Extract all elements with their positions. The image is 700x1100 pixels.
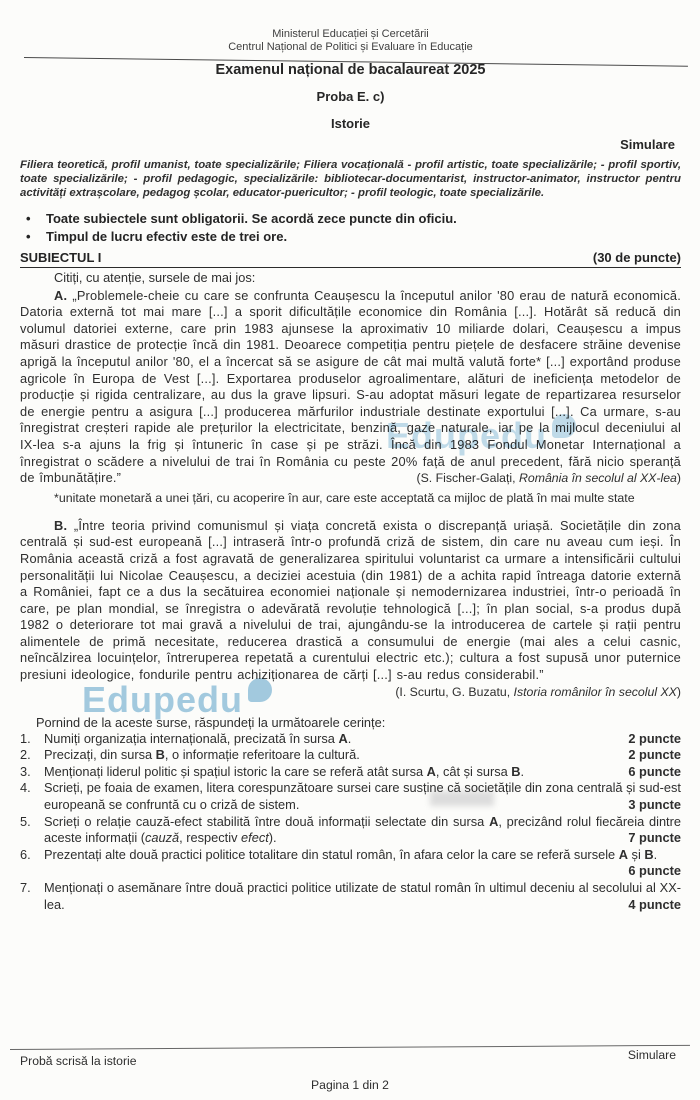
exam-proba: Proba E. c) <box>20 89 681 104</box>
question-points: 2 puncte <box>618 731 681 748</box>
question-row-7: 7. Menționați o asemănare între două pra… <box>20 880 681 913</box>
source-b-attribution: (I. Scurtu, G. Buzatu, Istoria românilor… <box>361 684 681 701</box>
question-text: Numiți organizația internațională, preci… <box>44 731 351 746</box>
subiect-1-points: (30 de puncte) <box>593 250 681 265</box>
question-body: Precizați, din sursa B, o informație ref… <box>44 747 681 764</box>
filiera-note: Filiera teoretică, profil umanist, toate… <box>20 158 681 200</box>
source-b-text: B. „Între teoria privind comunismul și v… <box>20 518 681 682</box>
question-row-2: 2. Precizați, din sursa B, o informație … <box>20 747 681 764</box>
question-row-6: 6. Prezentați alte două practici politic… <box>20 847 681 880</box>
question-text: Prezentați alte două practici politice t… <box>44 847 657 862</box>
instruction-text: Timpul de lucru efectiv este de trei ore… <box>46 228 287 246</box>
source-a-text: A. „Problemele-cheie cu care se confrunt… <box>20 288 681 486</box>
source-b-paragraph: B. „Între teoria privind comunismul și v… <box>20 518 681 684</box>
questions-list: 1. Numiți organizația internațională, pr… <box>20 731 681 914</box>
session-label: Simulare <box>20 137 681 152</box>
bullet-icon: • <box>20 228 46 246</box>
instructions-list: • Toate subiectele sunt obligatorii. Se … <box>20 210 681 245</box>
exam-title: Examenul național de bacalaureat 2025 <box>20 62 681 78</box>
instruction-item: • Toate subiectele sunt obligatorii. Se … <box>20 210 681 228</box>
question-row-5: 5. Scrieți o relație cauză-efect stabili… <box>20 814 681 847</box>
question-number: 3. <box>20 764 44 781</box>
question-points: 3 puncte <box>618 797 681 814</box>
question-row-4: 4. Scrieți, pe foaia de examen, litera c… <box>20 780 681 813</box>
instruction-item: • Timpul de lucru efectiv este de trei o… <box>20 228 681 246</box>
question-text: Scrieți o relație cauză-efect stabilită … <box>44 814 681 846</box>
scanned-exam-page: Edupedu Edupedu Ministerul Educației și … <box>0 0 700 1100</box>
sources-intro: Citiți, cu atenție, sursele de mai jos: <box>20 270 681 287</box>
subiect-1-heading: SUBIECTUL I (30 de puncte) <box>20 250 681 268</box>
ministry-line-2: Centrul Național de Politici și Evaluare… <box>20 41 681 54</box>
bullet-icon: • <box>20 210 46 228</box>
question-number: 6. <box>20 847 44 880</box>
question-points: 7 puncte <box>618 830 681 847</box>
source-a-paragraph: A. „Problemele-cheie cu care se confrunt… <box>20 288 681 487</box>
footer-divider <box>10 1045 690 1050</box>
question-text: Menționați liderul politic și spațiul is… <box>44 764 524 779</box>
footer-page-number: Pagina 1 din 2 <box>0 1078 700 1092</box>
question-body: Scrieți o relație cauză-efect stabilită … <box>44 814 681 847</box>
question-body: Scrieți, pe foaia de examen, litera core… <box>44 780 681 813</box>
question-body: Menționați liderul politic și spațiul is… <box>44 764 681 781</box>
exam-subject: Istorie <box>20 116 681 131</box>
question-row-1: 1. Numiți organizația internațională, pr… <box>20 731 681 748</box>
question-points: 4 puncte <box>618 897 681 914</box>
source-a-attribution: (S. Fischer-Galați, România în secolul a… <box>383 470 682 487</box>
page-content: Ministerul Educației și Cercetării Centr… <box>0 0 700 913</box>
question-text: Scrieți, pe foaia de examen, litera core… <box>44 780 681 812</box>
question-body: Menționați o asemănare între două practi… <box>44 880 681 913</box>
footer-exam-type: Probă scrisă la istorie <box>20 1054 137 1068</box>
question-number: 4. <box>20 780 44 813</box>
question-points: 2 puncte <box>618 747 681 764</box>
question-points: 6 puncte <box>618 764 681 781</box>
question-body: Prezentați alte două practici politice t… <box>44 847 681 880</box>
subiect-1-title: SUBIECTUL I <box>20 250 101 265</box>
question-number: 1. <box>20 731 44 748</box>
question-text: Precizați, din sursa B, o informație ref… <box>44 747 360 762</box>
question-number: 2. <box>20 747 44 764</box>
source-a-footnote: *unitate monetară a unei țări, cu acoper… <box>54 490 681 506</box>
question-text: Menționați o asemănare între două practi… <box>44 880 681 912</box>
question-number: 7. <box>20 880 44 913</box>
ministry-line-1: Ministerul Educației și Cercetării <box>20 28 681 41</box>
footer-session-label: Simulare <box>628 1048 676 1062</box>
question-number: 5. <box>20 814 44 847</box>
questions-prompt: Pornind de la aceste surse, răspundeți l… <box>20 714 681 731</box>
question-body: Numiți organizația internațională, preci… <box>44 731 681 748</box>
instruction-text: Toate subiectele sunt obligatorii. Se ac… <box>46 210 457 228</box>
question-row-3: 3. Menționați liderul politic și spațiul… <box>20 764 681 781</box>
question-points: 6 puncte <box>618 863 681 880</box>
